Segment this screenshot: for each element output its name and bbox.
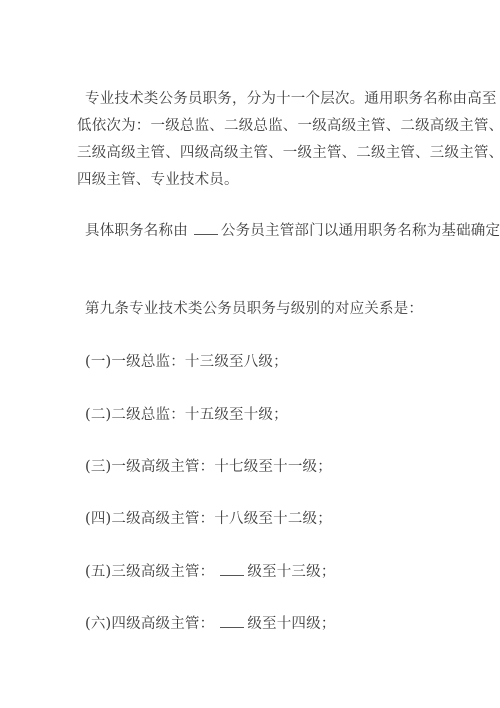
list-item-4: (四)二级高级主管：十八级至十二级； — [85, 509, 332, 529]
fill-in-blank — [220, 615, 244, 628]
list-item-3: (三)一级高级主管：十七级至十一级； — [85, 457, 332, 477]
item-5-prefix: (五)三级高级主管： — [85, 564, 214, 580]
intro-line-4: 四级主管、专业技术员。 — [77, 167, 437, 194]
intro-paragraph: 专业技术类公务员职务，分为十一个层次。通用职务名称由高至 低依次为：一级总监、二… — [77, 86, 437, 194]
specific-title-sentence: 具体职务名称由公务员主管部门以通用职务名称为基础确定。 — [85, 221, 500, 241]
list-item-1: (一)一级总监：十三级至八级； — [85, 352, 288, 372]
item-6-suffix: 级至十四级； — [247, 616, 335, 632]
sentence-before-blank: 具体职务名称由 — [85, 223, 188, 239]
fill-in-blank — [194, 222, 218, 235]
list-item-5: (五)三级高级主管：级至十三级； — [85, 562, 336, 582]
intro-line-3: 三级高级主管、四级高级主管、一级主管、二级主管、三级主管、 — [77, 140, 437, 167]
intro-line-2: 低依次为：一级总监、二级总监、一级高级主管、二级高级主管、 — [77, 113, 437, 140]
sentence-after-blank: 公务员主管部门以通用职务名称为基础确定。 — [221, 223, 500, 239]
fill-in-blank — [220, 563, 244, 576]
item-6-prefix: (六)四级高级主管： — [85, 616, 214, 632]
article-heading: 第九条专业技术类公务员职务与级别的对应关系是： — [85, 299, 423, 319]
item-5-suffix: 级至十三级； — [247, 564, 335, 580]
document-page: 专业技术类公务员职务，分为十一个层次。通用职务名称由高至 低依次为：一级总监、二… — [0, 0, 500, 708]
list-item-2: (二)二级总监：十五级至十级； — [85, 405, 288, 425]
list-item-6: (六)四级高级主管：级至十四级； — [85, 614, 336, 634]
intro-line-1: 专业技术类公务员职务，分为十一个层次。通用职务名称由高至 — [77, 86, 437, 113]
